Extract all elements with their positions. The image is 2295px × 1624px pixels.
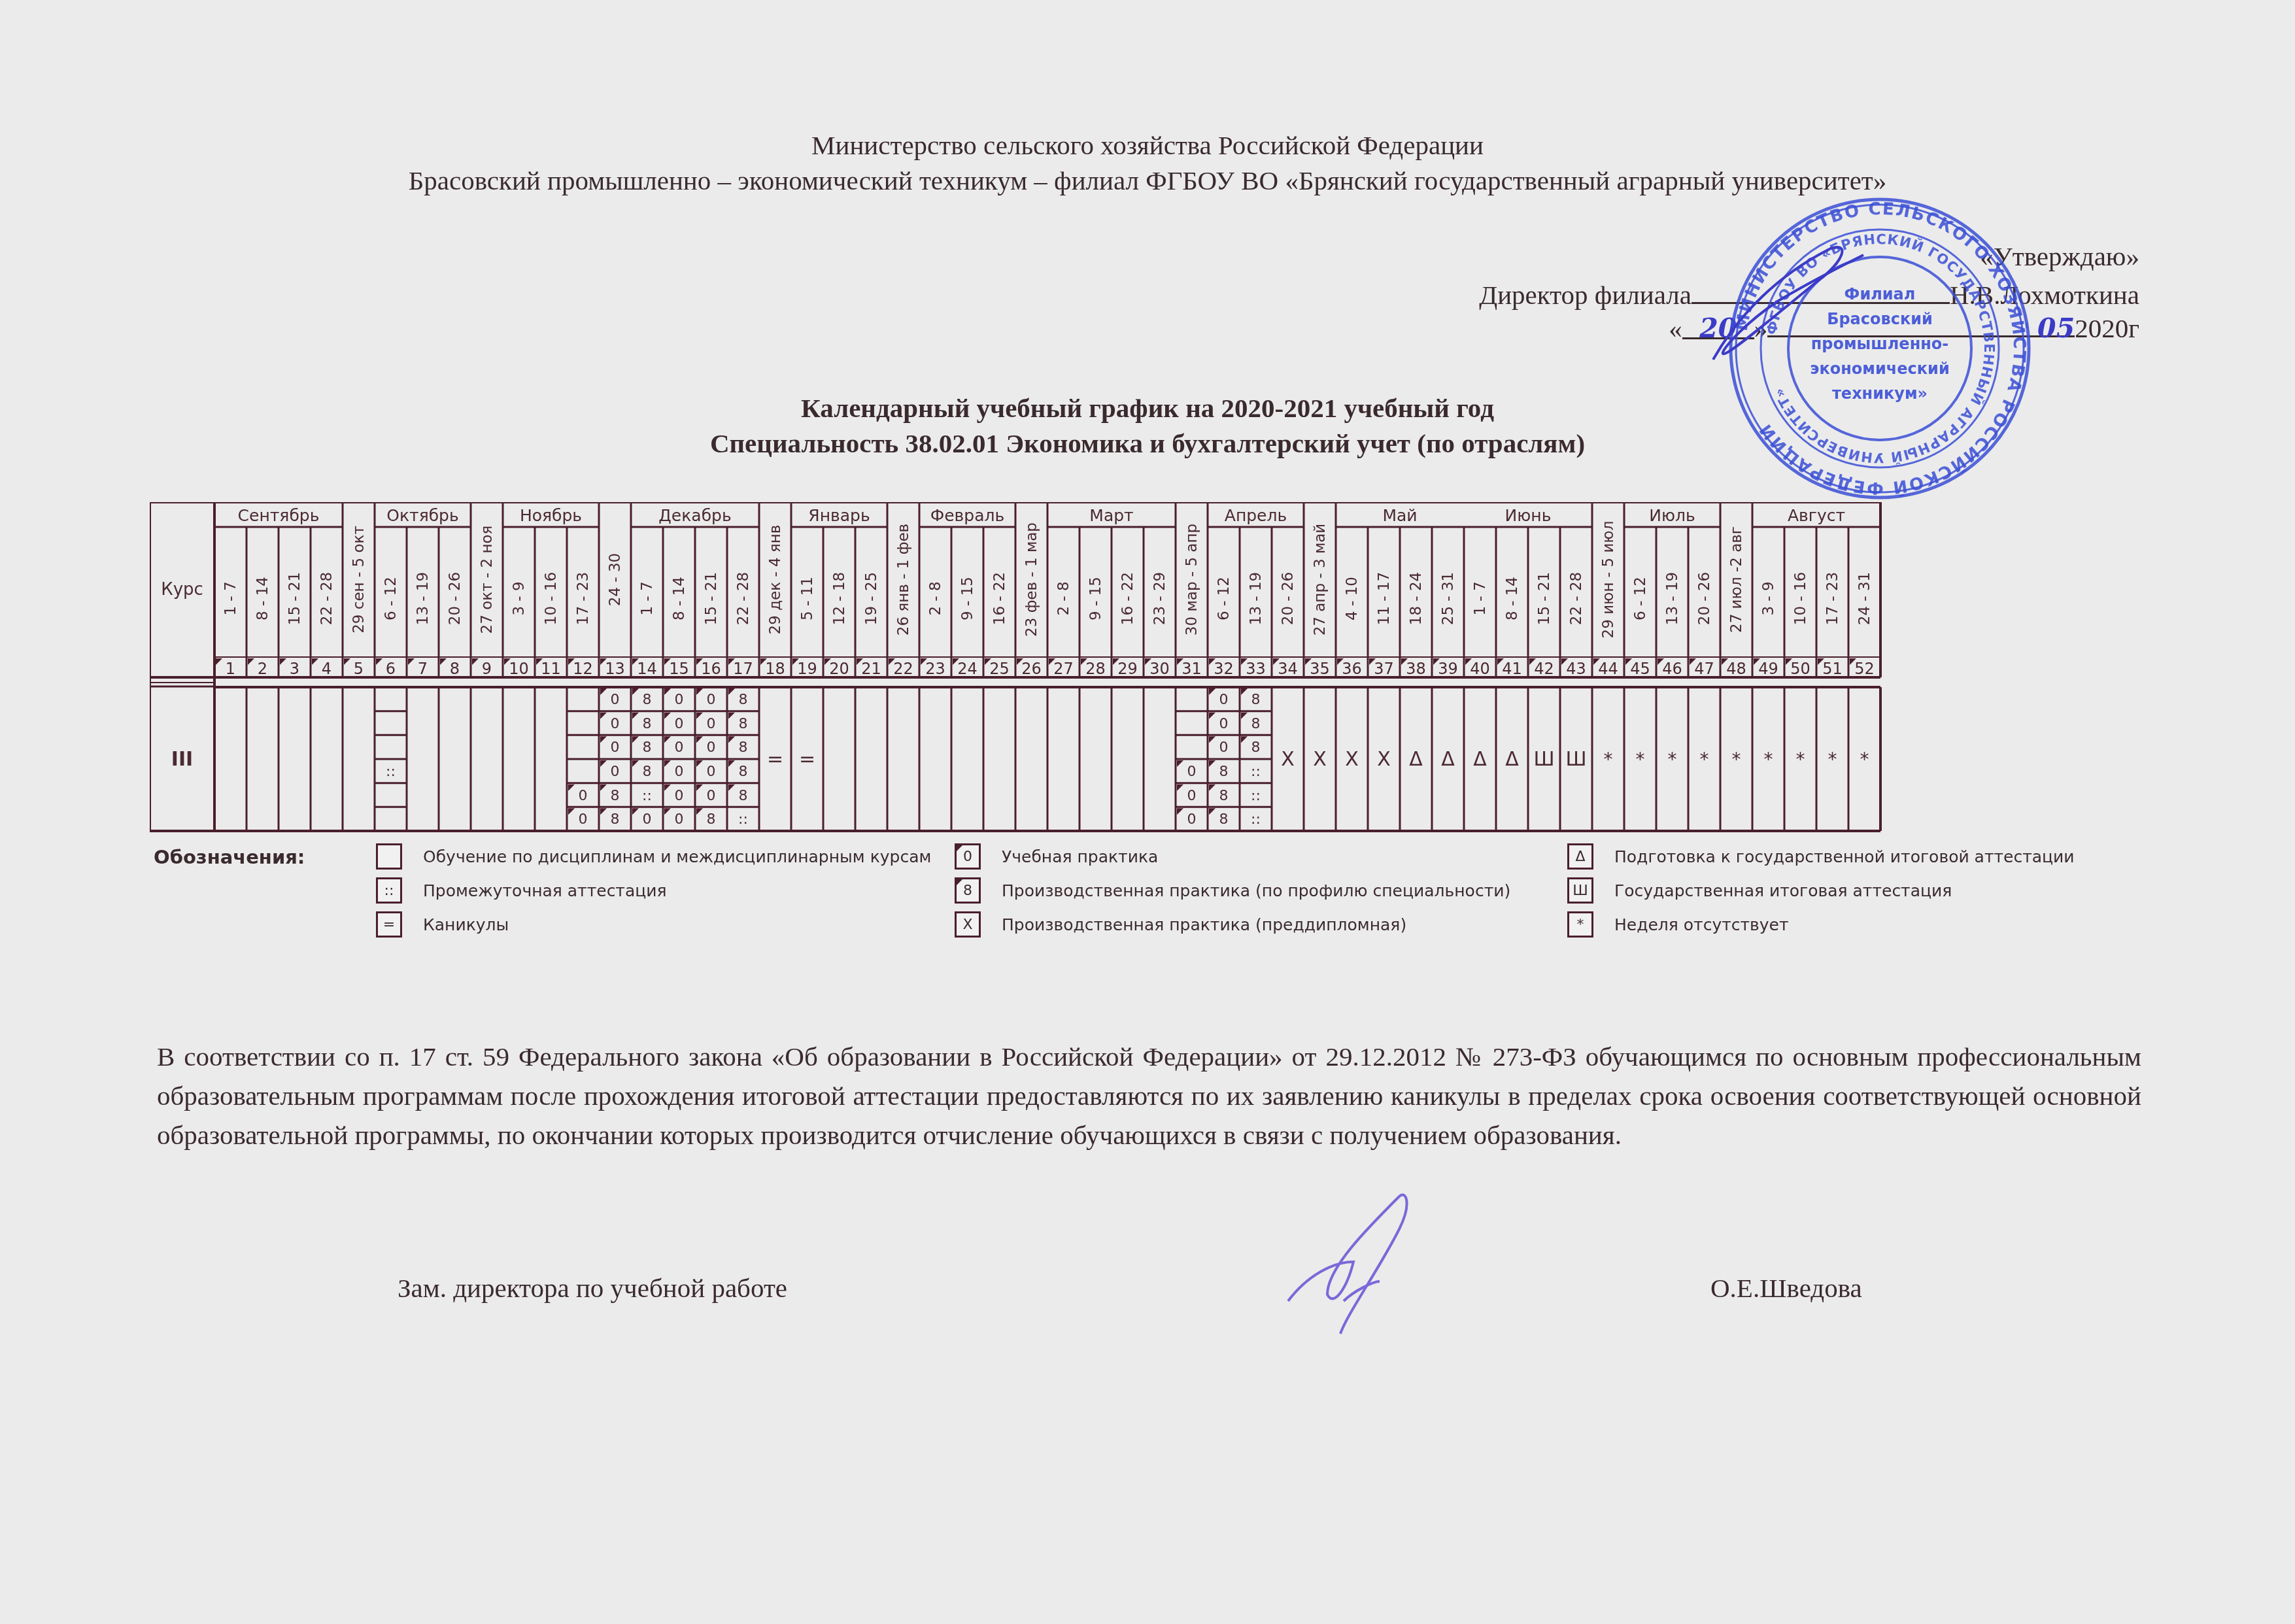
week-number: 48: [1726, 660, 1746, 678]
week-number: 47: [1694, 660, 1714, 678]
date-quote-open: «: [1669, 313, 1682, 343]
week-number: 11: [541, 660, 561, 678]
cell-mark: 0: [1219, 739, 1229, 756]
legend-item: ΔПодготовка к государственной итоговой а…: [1567, 843, 2075, 870]
week-range: 23 - 29: [1151, 572, 1168, 625]
week-range: 27 окт - 2 ноя: [479, 526, 496, 634]
week-number: 12: [573, 660, 593, 678]
week-number: 17: [733, 660, 753, 678]
week-range: 17 - 23: [575, 572, 592, 625]
week-range: 13 - 19: [1664, 572, 1681, 625]
cell-mark: 0: [675, 788, 684, 804]
week-range: 6 - 12: [1215, 577, 1232, 620]
week-range: 8 - 14: [1504, 577, 1521, 620]
cell-mark: 0: [1219, 692, 1229, 708]
legend-symbol: Δ: [1567, 843, 1593, 870]
cell-mark: ::: [642, 788, 652, 804]
cell-mark: 8: [1219, 811, 1229, 828]
cell-mark: *: [1732, 749, 1741, 770]
cell-mark: 8: [739, 788, 748, 804]
week-number: 5: [354, 660, 364, 678]
signature-icon: [1282, 1190, 1478, 1340]
week-range: 10 - 16: [543, 572, 560, 625]
course-label: III: [171, 748, 194, 771]
week-range: 15 - 21: [703, 572, 720, 625]
cell-mark: ::: [1251, 764, 1261, 780]
cell-mark: *: [1668, 749, 1677, 770]
week-number: 1: [226, 660, 235, 678]
legend-item: =Каникулы: [376, 911, 509, 938]
month-header: Декабрь: [658, 506, 731, 525]
week-number: 3: [290, 660, 299, 678]
cell-mark: 0: [611, 692, 620, 708]
cell-mark: *: [1860, 749, 1869, 770]
legend-item: ШГосударственная итоговая аттестация: [1567, 877, 1952, 904]
week-range: 13 - 19: [415, 572, 432, 625]
week-number: 7: [418, 660, 428, 678]
week-range: 25 - 31: [1440, 572, 1457, 625]
cell-mark: 0: [707, 788, 716, 804]
cell-mark: 8: [643, 716, 652, 732]
week-number: 29: [1117, 660, 1138, 678]
cell-mark: X: [1345, 748, 1359, 771]
director-name: Н.В.Лохмоткина: [1950, 280, 2139, 310]
cell-mark: 0: [707, 764, 716, 780]
cell-mark: 0: [643, 811, 652, 828]
week-number: 23: [925, 660, 945, 678]
week-range: 27 июл -2 авг: [1728, 526, 1745, 633]
cell-mark: 0: [1219, 716, 1229, 732]
legend-item: Обучение по дисциплинам и междисциплинар…: [376, 843, 931, 870]
week-range: 2 - 8: [927, 581, 944, 615]
week-range: 3 - 9: [511, 581, 528, 615]
cell-mark: X: [1377, 748, 1391, 771]
week-range: 6 - 12: [382, 577, 399, 620]
cell-mark: 0: [675, 716, 684, 732]
month-header: Октябрь: [386, 506, 458, 525]
cell-mark: 8: [643, 764, 652, 780]
cell-mark: *: [1700, 749, 1709, 770]
week-range: 18 - 24: [1408, 572, 1425, 625]
ministry-heading: Министерство сельского хозяйства Российс…: [0, 129, 2295, 161]
cell-mark: 0: [579, 811, 588, 828]
legend-label: Производственная практика (по профилю сп…: [1002, 881, 1510, 900]
week-number: 33: [1246, 660, 1266, 678]
cell-mark: 8: [611, 811, 620, 828]
legend-item: ::Промежуточная аттестация: [376, 877, 667, 904]
legend-label: Учебная практика: [1002, 847, 1158, 866]
cell-mark: Ш: [1533, 748, 1554, 771]
date-month-field: 05: [1767, 313, 2075, 337]
week-number: 25: [989, 660, 1010, 678]
cell-mark: ::: [1251, 788, 1261, 804]
month-header: Сентябрь: [238, 506, 320, 525]
week-range: 26 янв - 1 фев: [895, 524, 912, 635]
cell-mark: 0: [1187, 811, 1197, 828]
legend-label: Промежуточная аттестация: [423, 881, 667, 900]
cell-mark: Δ: [1441, 748, 1455, 771]
week-range: 4 - 10: [1344, 577, 1361, 620]
week-range: 30 мар - 5 апр: [1183, 524, 1200, 635]
week-number: 51: [1822, 660, 1843, 678]
cell-mark: X: [1313, 748, 1327, 771]
director-signature-line: [1691, 277, 1950, 304]
legend-symbol: [376, 843, 402, 870]
week-range: 6 - 12: [1632, 577, 1649, 620]
week-number: 52: [1854, 660, 1875, 678]
approval-date: «20»052020г: [1669, 313, 2139, 344]
week-number: 2: [258, 660, 267, 678]
week-range: 22 - 28: [318, 572, 335, 625]
cell-mark: =: [799, 748, 815, 771]
month-header: Август: [1788, 506, 1845, 525]
approve-label: «Утверждаю»: [1980, 241, 2139, 272]
cell-mark: 8: [1219, 788, 1229, 804]
cell-mark: Ш: [1565, 748, 1586, 771]
legend-label: Обучение по дисциплинам и междисциплинар…: [423, 847, 931, 866]
month-header: Май: [1382, 506, 1417, 525]
week-number: 30: [1149, 660, 1170, 678]
week-range: 10 - 16: [1792, 572, 1809, 625]
week-range: 22 - 28: [1568, 572, 1585, 625]
month-header: Февраль: [930, 506, 1005, 525]
legend-symbol: 0: [955, 843, 981, 870]
date-quote-close: »: [1754, 313, 1768, 343]
week-range: 24 - 30: [607, 553, 624, 606]
legend-symbol: ::: [376, 877, 402, 904]
week-range: 8 - 14: [671, 577, 688, 620]
month-header: Январь: [808, 506, 870, 525]
cell-mark: Δ: [1409, 748, 1423, 771]
month-header: Июнь: [1505, 506, 1552, 525]
week-number: 43: [1566, 660, 1586, 678]
week-number: 45: [1630, 660, 1650, 678]
week-number: 21: [861, 660, 881, 678]
signatory-name: О.Е.Шведова: [1710, 1272, 1862, 1304]
cell-mark: 8: [739, 692, 748, 708]
cell-mark: 0: [707, 692, 716, 708]
week-number: 13: [605, 660, 625, 678]
week-range: 22 - 28: [735, 572, 752, 625]
legend-label: Государственная итоговая аттестация: [1614, 881, 1952, 900]
week-range: 5 - 11: [799, 577, 816, 620]
cell-mark: 0: [1187, 764, 1197, 780]
stamp-center-line: экономический: [1810, 360, 1949, 378]
week-range: 1 - 7: [222, 581, 239, 615]
week-number: 38: [1406, 660, 1426, 678]
cell-mark: 8: [643, 692, 652, 708]
week-number: 22: [893, 660, 913, 678]
legend-label: Подготовка к государственной итоговой ат…: [1614, 847, 2075, 866]
cell-mark: ::: [738, 811, 748, 828]
week-number: 10: [509, 660, 529, 678]
week-range: 20 - 26: [1696, 572, 1713, 625]
week-number: 26: [1021, 660, 1042, 678]
week-range: 23 фев - 1 мар: [1023, 522, 1040, 637]
week-number: 44: [1598, 660, 1618, 678]
legend-title: Обозначения:: [154, 846, 305, 868]
cell-mark: 0: [611, 764, 620, 780]
week-range: 1 - 7: [1472, 581, 1489, 615]
course-header: Курс: [161, 580, 203, 600]
week-range: 16 - 22: [991, 572, 1008, 625]
week-number: 41: [1502, 660, 1522, 678]
cell-mark: ::: [1251, 811, 1261, 828]
week-range: 24 - 31: [1856, 572, 1873, 625]
week-range: 15 - 21: [286, 572, 303, 625]
legend-item: 0Учебная практика: [955, 843, 1158, 870]
cell-mark: 0: [579, 788, 588, 804]
week-range: 27 апр - 3 май: [1312, 524, 1329, 636]
week-range: 29 дек - 4 янв: [767, 525, 784, 635]
cell-mark: 8: [611, 788, 620, 804]
cell-mark: *: [1764, 749, 1773, 770]
week-range: 16 - 22: [1119, 572, 1136, 625]
cell-mark: 8: [643, 739, 652, 756]
week-range: 8 - 14: [254, 577, 271, 620]
week-number: 42: [1534, 660, 1554, 678]
week-number: 40: [1470, 660, 1490, 678]
week-number: 4: [322, 660, 331, 678]
week-number: 27: [1053, 660, 1074, 678]
date-day-field: 20: [1682, 313, 1754, 339]
legend-symbol: Ш: [1567, 877, 1593, 904]
cell-mark: 8: [739, 716, 748, 732]
legal-note: В соответствии со п. 17 ст. 59 Федеральн…: [157, 1037, 2141, 1155]
week-number: 50: [1790, 660, 1810, 678]
month-header: Апрель: [1225, 506, 1287, 525]
document-title: Календарный учебный график на 2020-2021 …: [0, 392, 2295, 424]
week-number: 16: [701, 660, 721, 678]
week-range: 12 - 18: [831, 572, 848, 625]
week-number: 14: [637, 660, 657, 678]
legend-symbol: *: [1567, 911, 1593, 938]
cell-mark: 0: [675, 739, 684, 756]
week-number: 39: [1438, 660, 1458, 678]
week-range: 29 сен - 5 окт: [350, 526, 367, 634]
cell-mark: *: [1828, 749, 1837, 770]
month-header: Март: [1089, 506, 1133, 525]
week-number: 34: [1278, 660, 1298, 678]
cell-mark: 0: [707, 739, 716, 756]
schedule-table: КурсIIIСентябрьОктябрьНоябрьДекабрьЯнвар…: [150, 502, 1889, 836]
cell-mark: 8: [1251, 692, 1261, 708]
week-number: 36: [1342, 660, 1362, 678]
legend-label: Неделя отсутствует: [1614, 915, 1789, 934]
cell-mark: 8: [1251, 739, 1261, 756]
month-header: Июль: [1649, 506, 1695, 525]
cell-mark: 8: [707, 811, 716, 828]
week-number: 46: [1662, 660, 1682, 678]
week-number: 28: [1085, 660, 1106, 678]
cell-mark: 0: [707, 716, 716, 732]
cell-mark: 0: [675, 764, 684, 780]
week-number: 31: [1181, 660, 1202, 678]
legend-label: Каникулы: [423, 915, 509, 934]
week-range: 9 - 15: [1087, 577, 1104, 620]
college-heading: Брасовский промышленно – экономический т…: [0, 165, 2295, 196]
cell-mark: 0: [675, 692, 684, 708]
cell-mark: 0: [611, 716, 620, 732]
week-number: 49: [1758, 660, 1778, 678]
legend-label: Производственная практика (преддипломная…: [1002, 915, 1406, 934]
cell-mark: *: [1796, 749, 1805, 770]
legend-symbol: =: [376, 911, 402, 938]
week-range: 9 - 15: [959, 577, 976, 620]
week-range: 17 - 23: [1824, 572, 1841, 625]
cell-mark: 0: [675, 811, 684, 828]
cell-mark: *: [1636, 749, 1645, 770]
cell-mark: 8: [739, 739, 748, 756]
director-line: Директор филиалаН.В.Лохмоткина: [1479, 277, 2139, 311]
week-range: 2 - 8: [1055, 581, 1072, 615]
week-range: 19 - 25: [863, 572, 880, 625]
date-month-handwritten: 05: [2037, 313, 2075, 344]
cell-mark: 0: [611, 739, 620, 756]
director-label: Директор филиала: [1479, 280, 1691, 310]
week-number: 20: [829, 660, 849, 678]
signatory-role: Зам. директора по учебной работе: [398, 1272, 787, 1304]
cell-mark: 0: [1187, 788, 1197, 804]
date-year: 2020г: [2075, 313, 2139, 343]
legend-item: XПроизводственная практика (преддипломна…: [955, 911, 1406, 938]
week-range: 3 - 9: [1760, 581, 1777, 615]
week-number: 9: [482, 660, 492, 678]
week-number: 6: [386, 660, 396, 678]
legend-symbol: X: [955, 911, 981, 938]
legend: Обозначения: Обучение по дисциплинам и м…: [154, 843, 2115, 948]
legend-symbol: 8: [955, 877, 981, 904]
week-range: 20 - 26: [447, 572, 464, 625]
week-range: 20 - 26: [1280, 572, 1297, 625]
week-number: 18: [765, 660, 785, 678]
week-number: 15: [669, 660, 689, 678]
cell-mark: Δ: [1473, 748, 1487, 771]
legend-item: 8Производственная практика (по профилю с…: [955, 877, 1510, 904]
cell-mark: 8: [1251, 716, 1261, 732]
week-number: 32: [1214, 660, 1234, 678]
month-header: Ноябрь: [520, 506, 582, 525]
cell-mark: 8: [1219, 764, 1229, 780]
week-number: 35: [1310, 660, 1330, 678]
cell-mark: ::: [386, 764, 396, 780]
week-number: 19: [797, 660, 817, 678]
cell-mark: 8: [739, 764, 748, 780]
cell-mark: =: [767, 748, 783, 771]
week-number: 37: [1374, 660, 1394, 678]
specialty-title: Специальность 38.02.01 Экономика и бухга…: [0, 428, 2295, 459]
date-day-handwritten: 20: [1699, 313, 1737, 344]
legend-item: *Неделя отсутствует: [1567, 911, 1789, 938]
week-range: 29 июн - 5 июл: [1600, 521, 1617, 639]
week-number: 8: [450, 660, 460, 678]
cell-mark: Δ: [1505, 748, 1519, 771]
week-range: 13 - 19: [1248, 572, 1265, 625]
week-range: 15 - 21: [1536, 572, 1553, 625]
week-number: 24: [957, 660, 977, 678]
week-range: 11 - 17: [1376, 572, 1393, 625]
cell-mark: X: [1281, 748, 1295, 771]
cell-mark: *: [1604, 749, 1613, 770]
week-range: 1 - 7: [639, 581, 656, 615]
